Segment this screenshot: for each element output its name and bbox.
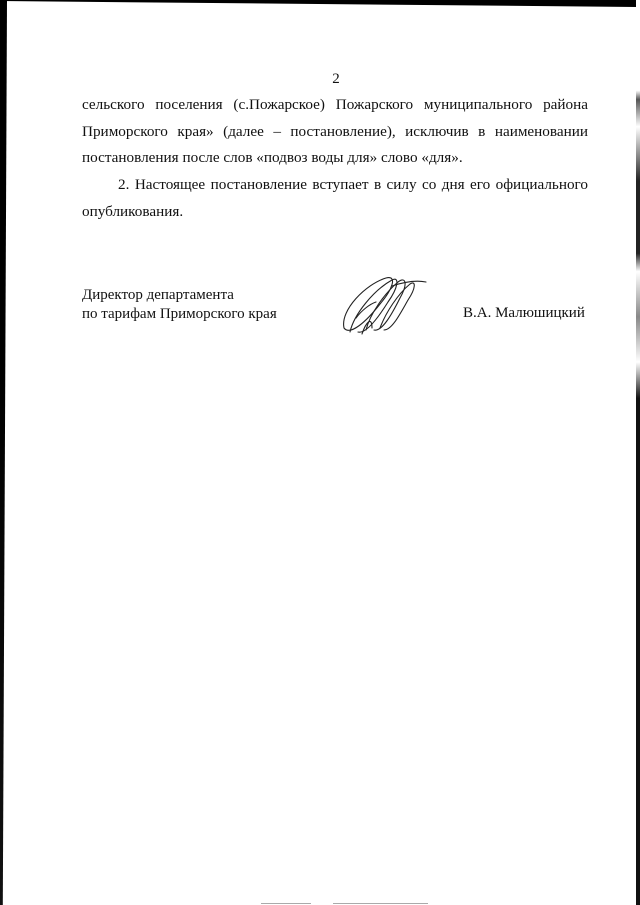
signatory-name: В.А. Малюшицкий	[463, 305, 585, 322]
paragraph-2-line-1: 2. Настоящее постановление вступает в си…	[82, 172, 588, 199]
signatory-position: Директор департамента по тарифам Приморс…	[82, 286, 277, 324]
page-number: 2	[0, 71, 640, 88]
paragraph-2: 2. Настоящее постановление вступает в си…	[82, 172, 588, 225]
paragraph-1-line-3: постановления после слов «подвоз воды дл…	[82, 145, 588, 172]
scan-edge-top	[0, 0, 640, 7]
paragraph-2-line-2: опубликования.	[82, 199, 588, 226]
handwritten-signature-icon	[336, 270, 428, 340]
position-line-2: по тарифам Приморского края	[82, 305, 277, 324]
scan-edge-right	[636, 0, 640, 905]
footer-rule-2	[333, 903, 428, 904]
scan-edge-left	[0, 0, 7, 905]
paragraph-1-line-1: сельского поселения (с.Пожарское) Пожарс…	[82, 92, 588, 119]
paragraph-1-line-2: Приморского края» (далее – постановление…	[82, 119, 588, 146]
position-line-1: Директор департамента	[82, 286, 277, 305]
footer-rule-1	[261, 903, 311, 904]
paragraph-1: сельского поселения (с.Пожарское) Пожарс…	[82, 92, 588, 172]
